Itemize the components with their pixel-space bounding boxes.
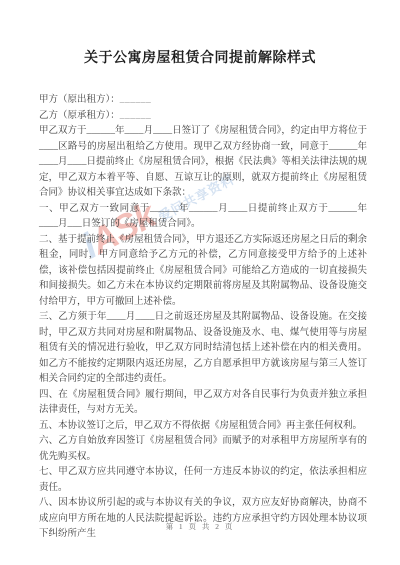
page-title: 关于公寓房屋租赁合同提前解除样式 — [0, 47, 400, 67]
contract-body: 甲方（原出租方）：______ 乙方（原承租方）：______ 甲乙双方于___… — [39, 93, 367, 543]
party-a-blank: ______ — [120, 95, 152, 105]
contract-intro-paragraph: 甲乙双方于______年____月____日签订了《房屋租赁合同》，约定由甲方将… — [39, 124, 367, 202]
page-number-footer: 第 1 页 共 2 页 — [0, 521, 400, 532]
party-a-line: 甲方（原出租方）：______ — [39, 93, 367, 109]
party-b-label: 乙方（原承租方）： — [39, 111, 120, 121]
document-page: iASk爱问共享资料 关于公寓房屋租赁合同提前解除样式 甲方（原出租方）：___… — [0, 0, 400, 565]
party-b-blank: ______ — [120, 111, 152, 121]
party-b-line: 乙方（原承租方）：______ — [39, 109, 367, 125]
clause-8: 八、因本协议所引起的或与本协议有关的争议，双方应友好协商解决，协商不成应向甲方所… — [39, 496, 367, 543]
party-a-label: 甲方（原出租方）： — [39, 95, 120, 105]
clause-1: 一、甲乙双方一致同意于______年______月____日提前终止双方于___… — [39, 202, 367, 233]
clause-7: 七、甲乙双方应共同遵守本协议，任何一方违反本协议的约定，依法承担相应责任。 — [39, 465, 367, 496]
clause-5: 五、本协议签订之后，甲乙双方不得依据《房屋租赁合同》再主张任何权利。 — [39, 419, 367, 435]
clause-2: 二、基于提前终止《房屋租赁合同》，甲方退还乙方实际返还房屋之日后的剩余租金，同时… — [39, 233, 367, 311]
clause-4: 四、在《房屋租赁合同》履行期间，甲乙双方对各自民事行为负责并独立承担法律责任，与… — [39, 388, 367, 419]
clause-3: 三、乙方须于年____月____日之前返还房屋及其附属物品、设备设施。在交接时，… — [39, 310, 367, 388]
clause-6: 六、乙方自始放弃因签订《房屋租赁合同》而赋予的对承租甲方房屋所享有的优先购买权。 — [39, 434, 367, 465]
